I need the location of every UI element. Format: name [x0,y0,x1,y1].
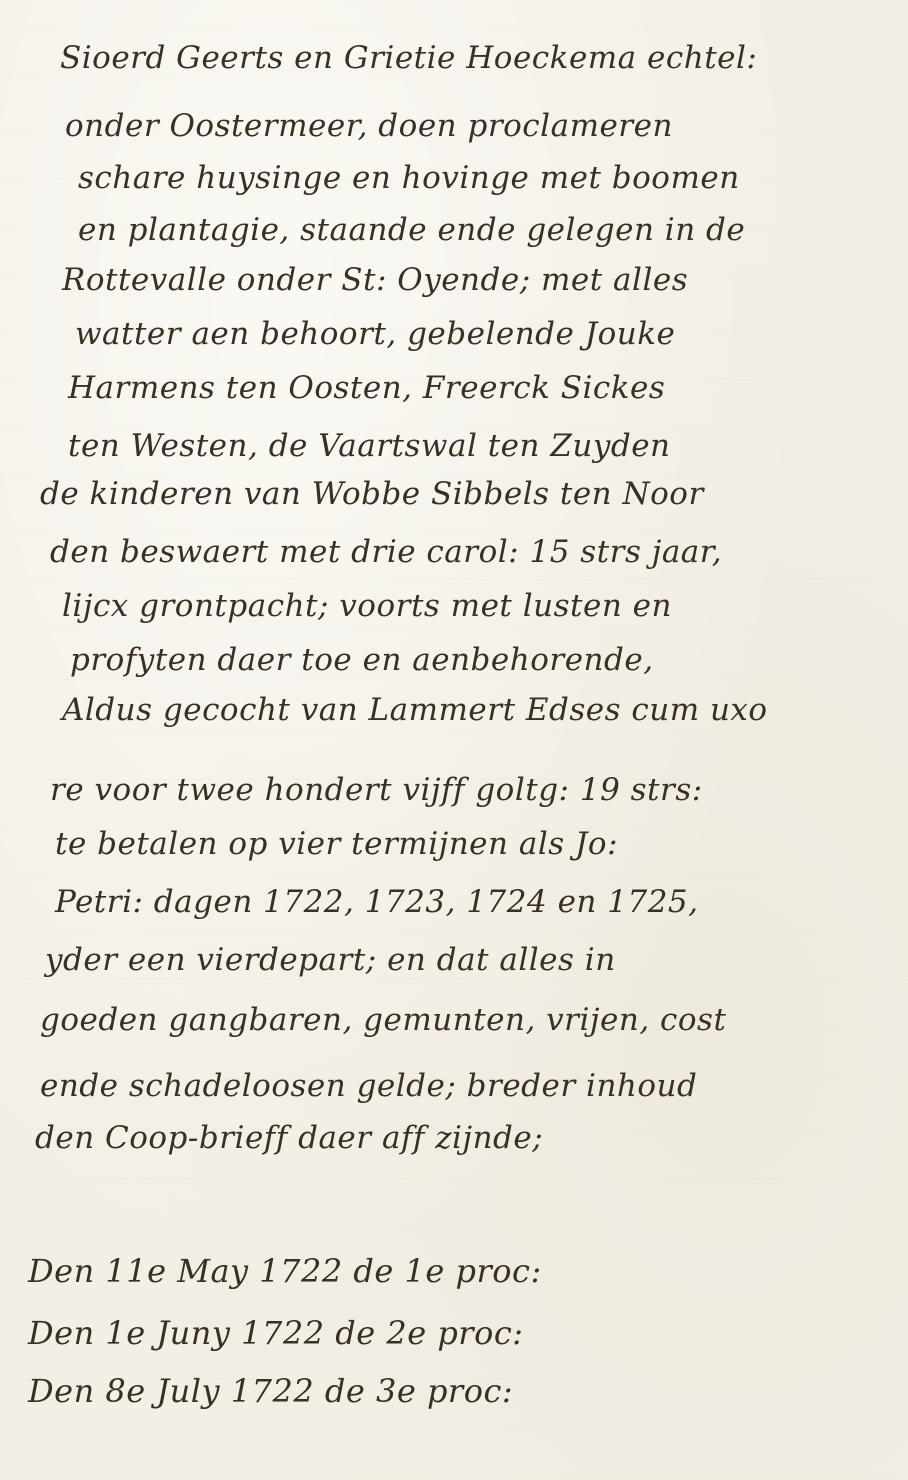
manuscript-line: goeden gangbaren, gemunten, vrijen, cost [40,1002,726,1038]
proclamation-date-2: Den 1e Juny 1722 de 2e proc: [28,1314,524,1352]
manuscript-line: ten Westen, de Vaartswal ten Zuyden [68,428,671,464]
manuscript-line: Rottevalle onder St: Oyende; met alles [62,262,688,298]
manuscript-line: en plantagie, staande ende gelegen in de [78,212,745,248]
manuscript-line: onder Oostermeer, doen proclameren [65,108,673,144]
manuscript-line: Harmens ten Oosten, Freerck Sickes [68,370,665,406]
proclamation-date-3: Den 8e July 1722 de 3e proc: [28,1372,513,1410]
manuscript-line: ende schadeloosen gelde; breder inhoud [40,1068,697,1104]
manuscript-line: den Coop-brieff daer aff zijnde; [35,1120,543,1156]
manuscript-line: profyten daer toe en aenbehorende, [70,642,654,678]
manuscript-line: schare huysinge en hovinge met boomen [78,160,740,196]
manuscript-line: Petri: dagen 1722, 1723, 1724 en 1725, [55,884,699,920]
manuscript-line: te betalen op vier termijnen als Jo: [55,826,618,862]
manuscript-line: de kinderen van Wobbe Sibbels ten Noor [40,476,704,512]
manuscript-line: yder een vierdepart; en dat alles in [45,942,616,978]
manuscript-line: re voor twee hondert vijff goltg: 19 str… [50,772,703,808]
manuscript-line: watter aen behoort, gebelende Jouke [75,316,675,352]
manuscript-line: den beswaert met drie carol: 15 strs jaa… [50,534,722,570]
manuscript-page: Sioerd Geerts en Grietie Hoeckema echtel… [0,0,908,1480]
manuscript-line: Aldus gecocht van Lammert Edses cum uxo [62,692,768,728]
proclamation-date-1: Den 11e May 1722 de 1e proc: [28,1252,542,1290]
manuscript-line: Sioerd Geerts en Grietie Hoeckema echtel… [60,40,757,76]
manuscript-line: lijcx grontpacht; voorts met lusten en [62,588,672,624]
